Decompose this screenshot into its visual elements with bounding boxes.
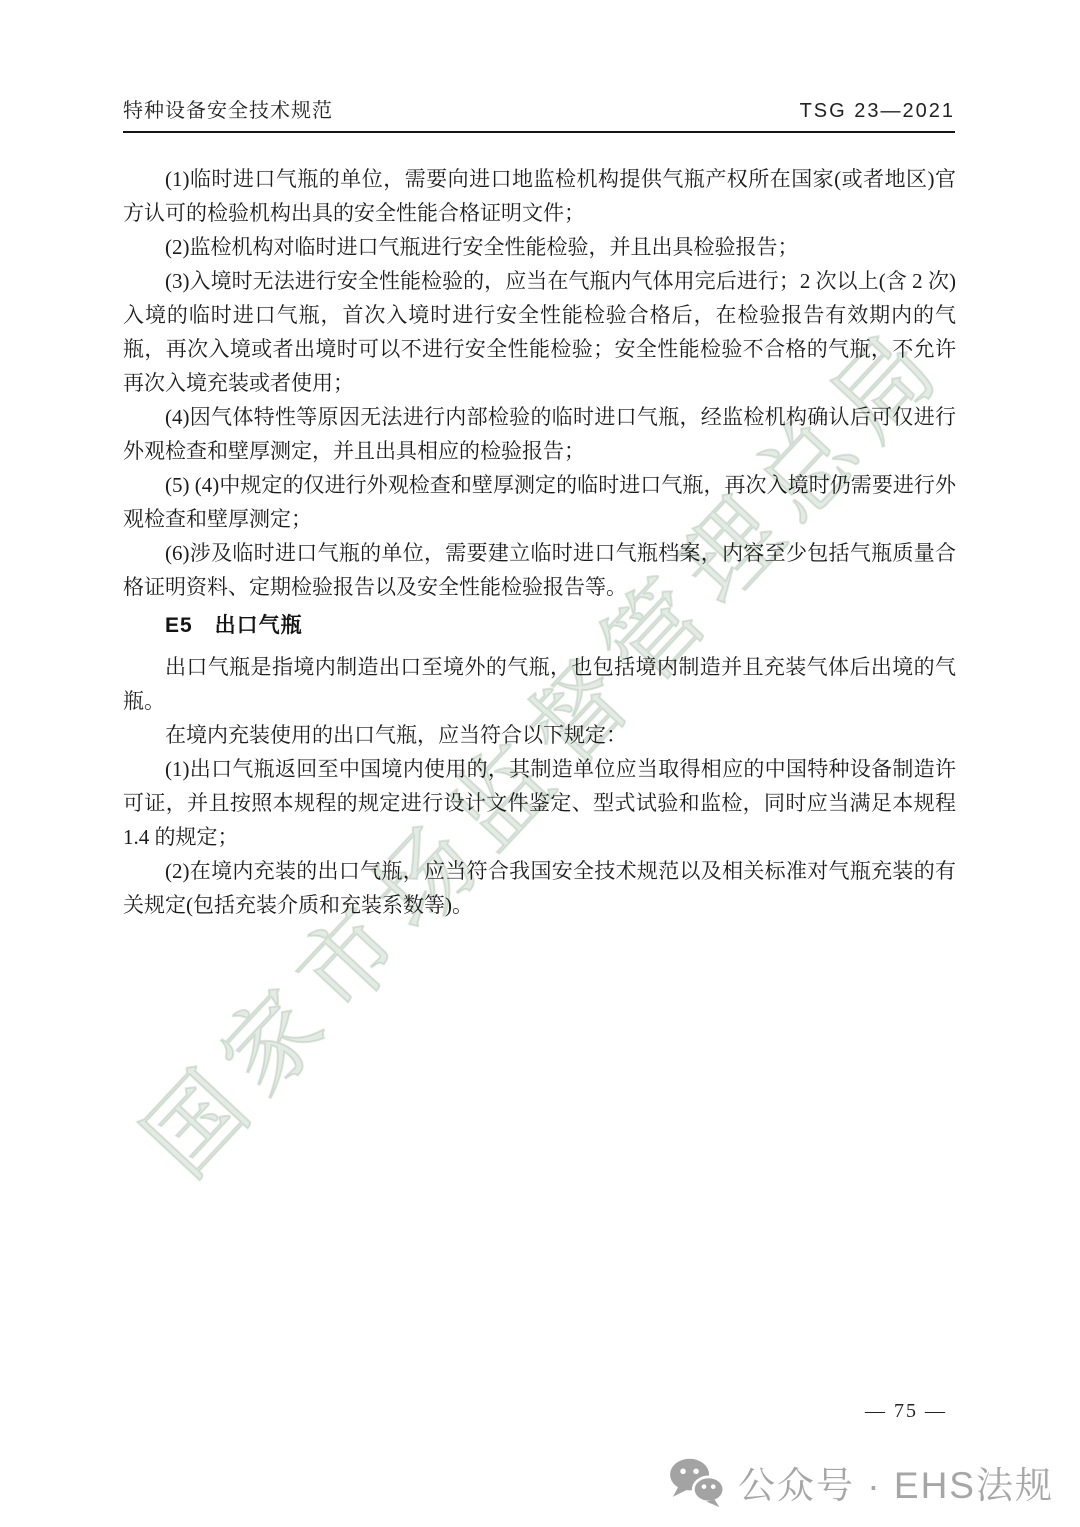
body-paragraph: (2)在境内充装的出口气瓶，应当符合我国安全技术规范以及相关标准对气瓶充装的有关…: [123, 854, 956, 922]
body-paragraph: (3)入境时无法进行安全性能检验的，应当在气瓶内气体用完后进行；2 次以上(含 …: [123, 264, 956, 400]
document-page: 特种设备安全技术规范 TSG 23—2021 国家市场监督管理总局 (1)临时进…: [0, 0, 1080, 1527]
body-paragraph: (6)涉及临时进口气瓶的单位，需要建立临时进口气瓶档案，内容至少包括气瓶质量合格…: [123, 536, 956, 604]
header-title: 特种设备安全技术规范: [123, 94, 333, 123]
section-heading: E5 出口气瓶: [123, 609, 956, 643]
body-paragraph: 出口气瓶是指境内制造出口至境外的气瓶，也包括境内制造并且充装气体后出境的气瓶。: [123, 650, 956, 718]
body-paragraph: 在境内充装使用的出口气瓶，应当符合以下规定：: [123, 718, 956, 752]
body-paragraph: (4)因气体特性等原因无法进行内部检验的临时进口气瓶，经监检机构确认后可仅进行外…: [123, 400, 956, 468]
body-paragraph: (5) (4)中规定的仅进行外观检查和壁厚测定的临时进口气瓶，再次入境时仍需要进…: [123, 468, 956, 536]
document-body: (1)临时进口气瓶的单位，需要向进口地监检机构提供气瓶产权所在国家(或者地区)官…: [123, 162, 956, 922]
page-header: 特种设备安全技术规范 TSG 23—2021: [123, 94, 955, 133]
body-paragraph: (2)监检机构对临时进口气瓶进行安全性能检验，并且出具检验报告；: [123, 230, 956, 264]
footer-account-badge: 公众号 · EHS法规: [668, 1455, 1054, 1509]
page-number: — 75 —: [865, 1400, 947, 1423]
footer-account-text: 公众号 · EHS法规: [738, 1455, 1054, 1509]
body-paragraph: (1)出口气瓶返回至中国境内使用的，其制造单位应当取得相应的中国特种设备制造许可…: [123, 752, 956, 854]
wechat-icon: [668, 1456, 726, 1508]
header-document-code: TSG 23—2021: [800, 100, 955, 123]
body-paragraph: (1)临时进口气瓶的单位，需要向进口地监检机构提供气瓶产权所在国家(或者地区)官…: [123, 162, 956, 230]
